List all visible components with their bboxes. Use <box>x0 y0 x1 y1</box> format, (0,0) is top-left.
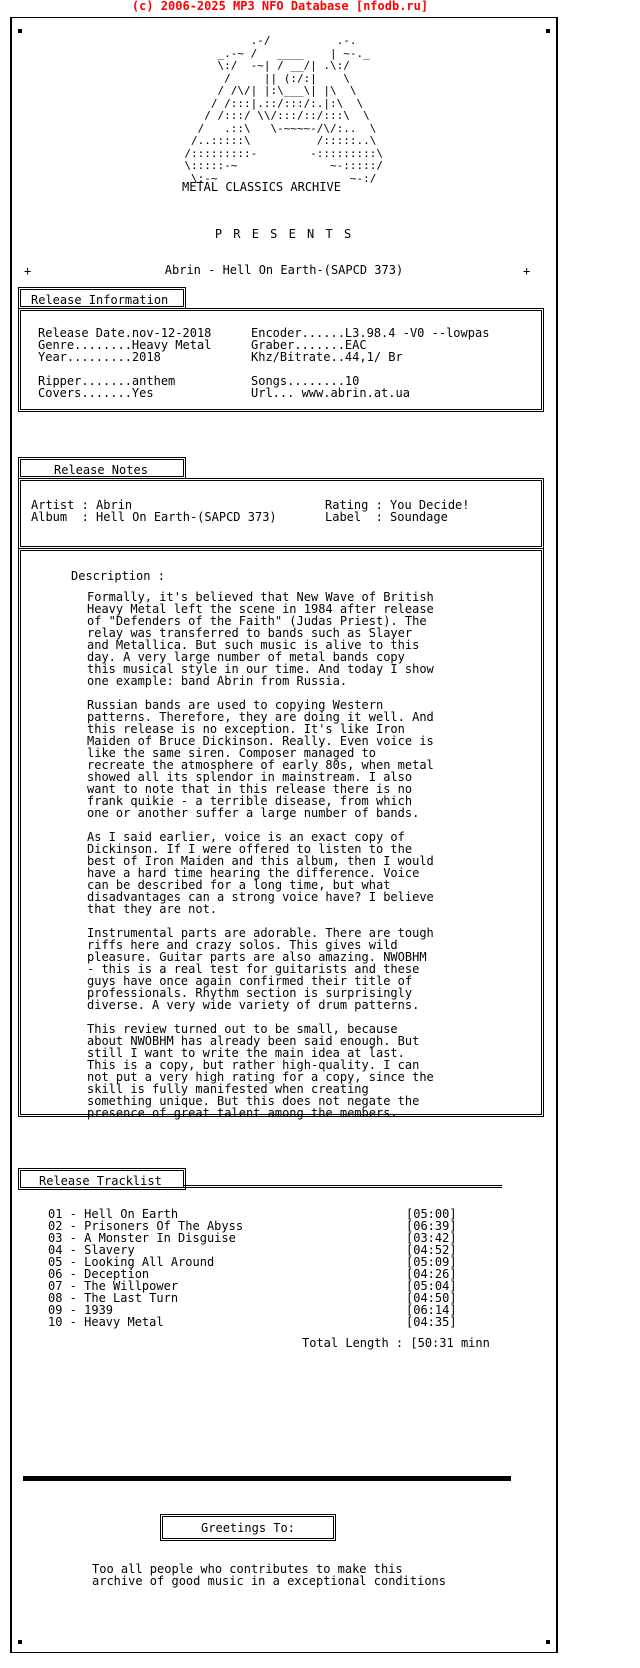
greetings-text: Too all people who contributes to make t… <box>92 1563 446 1587</box>
release-title: Abrin - Hell On Earth-(SAPCD 373) <box>12 264 556 276</box>
corner-marker-top-left <box>18 29 22 33</box>
track-length: [04:35] <box>406 1316 457 1328</box>
plus-marker-right: + <box>523 265 530 277</box>
label-label: Label : <box>325 510 390 524</box>
description-paragraph: Formally, it's believed that New Wave of… <box>87 591 434 687</box>
greetings-label: Greetings To: <box>163 1517 333 1534</box>
release-tracklist-tab-label: Release Tracklist <box>21 1171 183 1187</box>
label-line: Label : Soundage <box>325 511 448 523</box>
album-value: Hell On Earth-(SAPCD 373) <box>96 510 277 524</box>
release-notes-header-box: Artist : Abrin Album : Hell On Earth-(SA… <box>18 478 544 549</box>
track-list: 01 - Hell On Earth[05:00]02 - Prisoners … <box>48 1208 478 1328</box>
release-info-right-column: Encoder......L3.98.4 -V0 --lowpasGraber.… <box>251 327 489 399</box>
archive-title: METAL CLASSICS ARCHIVE <box>182 181 341 193</box>
release-information-box: Release Date.nov-12-2018Genre........Hea… <box>18 308 544 412</box>
description-paragraph: As I said earlier, voice is an exact cop… <box>87 831 434 915</box>
release-info-left-row: Covers.......Yes <box>38 387 211 399</box>
track-title: 10 - Heavy Metal <box>48 1315 164 1329</box>
section-divider <box>23 1476 511 1481</box>
copyright-banner: (c) 2006-2025 MP3 NFO Database [nfodb.ru… <box>0 0 560 13</box>
album-line: Album : Hell On Earth-(SAPCD 373) <box>31 511 277 523</box>
release-notes-tab-label: Release Notes <box>21 460 183 476</box>
release-info-left-row: Year.........2018 <box>38 351 211 363</box>
release-information-tab: Release Information <box>18 287 186 309</box>
track-row: 10 - Heavy Metal[04:35] <box>48 1316 478 1328</box>
total-length-value: [50:31 minn <box>410 1336 489 1350</box>
description-text: Formally, it's believed that New Wave of… <box>87 591 434 1131</box>
corner-marker-bottom-left <box>18 1640 22 1644</box>
total-length: Total Length : [50:31 minn <box>302 1337 490 1349</box>
release-info-right-row: Url... www.abrin.at.ua <box>251 387 489 399</box>
description-paragraph: Russian bands are used to copying Wester… <box>87 699 434 819</box>
nfo-frame: .-/ .-. _.-~ / ____ | ~-._ \:/ -~| / __/… <box>10 17 558 1653</box>
presents-heading: P R E S E N T S <box>12 228 556 240</box>
release-tracklist-tab: Release Tracklist <box>18 1168 186 1190</box>
description-paragraph: This review turned out to be small, beca… <box>87 1023 434 1119</box>
description-paragraph: Instrumental parts are adorable. There a… <box>87 927 434 1011</box>
corner-marker-bottom-right <box>546 1640 550 1644</box>
greetings-box: Greetings To: <box>160 1514 336 1541</box>
release-info-right-row: Khz/Bitrate..44,1/ Br <box>251 351 489 363</box>
total-length-label: Total Length : <box>302 1336 410 1350</box>
corner-marker-top-right <box>546 29 550 33</box>
release-info-left-column: Release Date.nov-12-2018Genre........Hea… <box>38 327 211 399</box>
description-box: Description : Formally, it's believed th… <box>18 548 544 1117</box>
label-value: Soundage <box>390 510 448 524</box>
release-information-tab-label: Release Information <box>21 290 183 306</box>
tracklist-rule <box>184 1185 502 1188</box>
release-notes-tab: Release Notes <box>18 457 186 479</box>
album-label: Album : <box>31 510 96 524</box>
ascii-logo: .-/ .-. _.-~ / ____ | ~-._ \:/ -~| / __/… <box>138 35 383 185</box>
description-label: Description : <box>71 570 165 582</box>
